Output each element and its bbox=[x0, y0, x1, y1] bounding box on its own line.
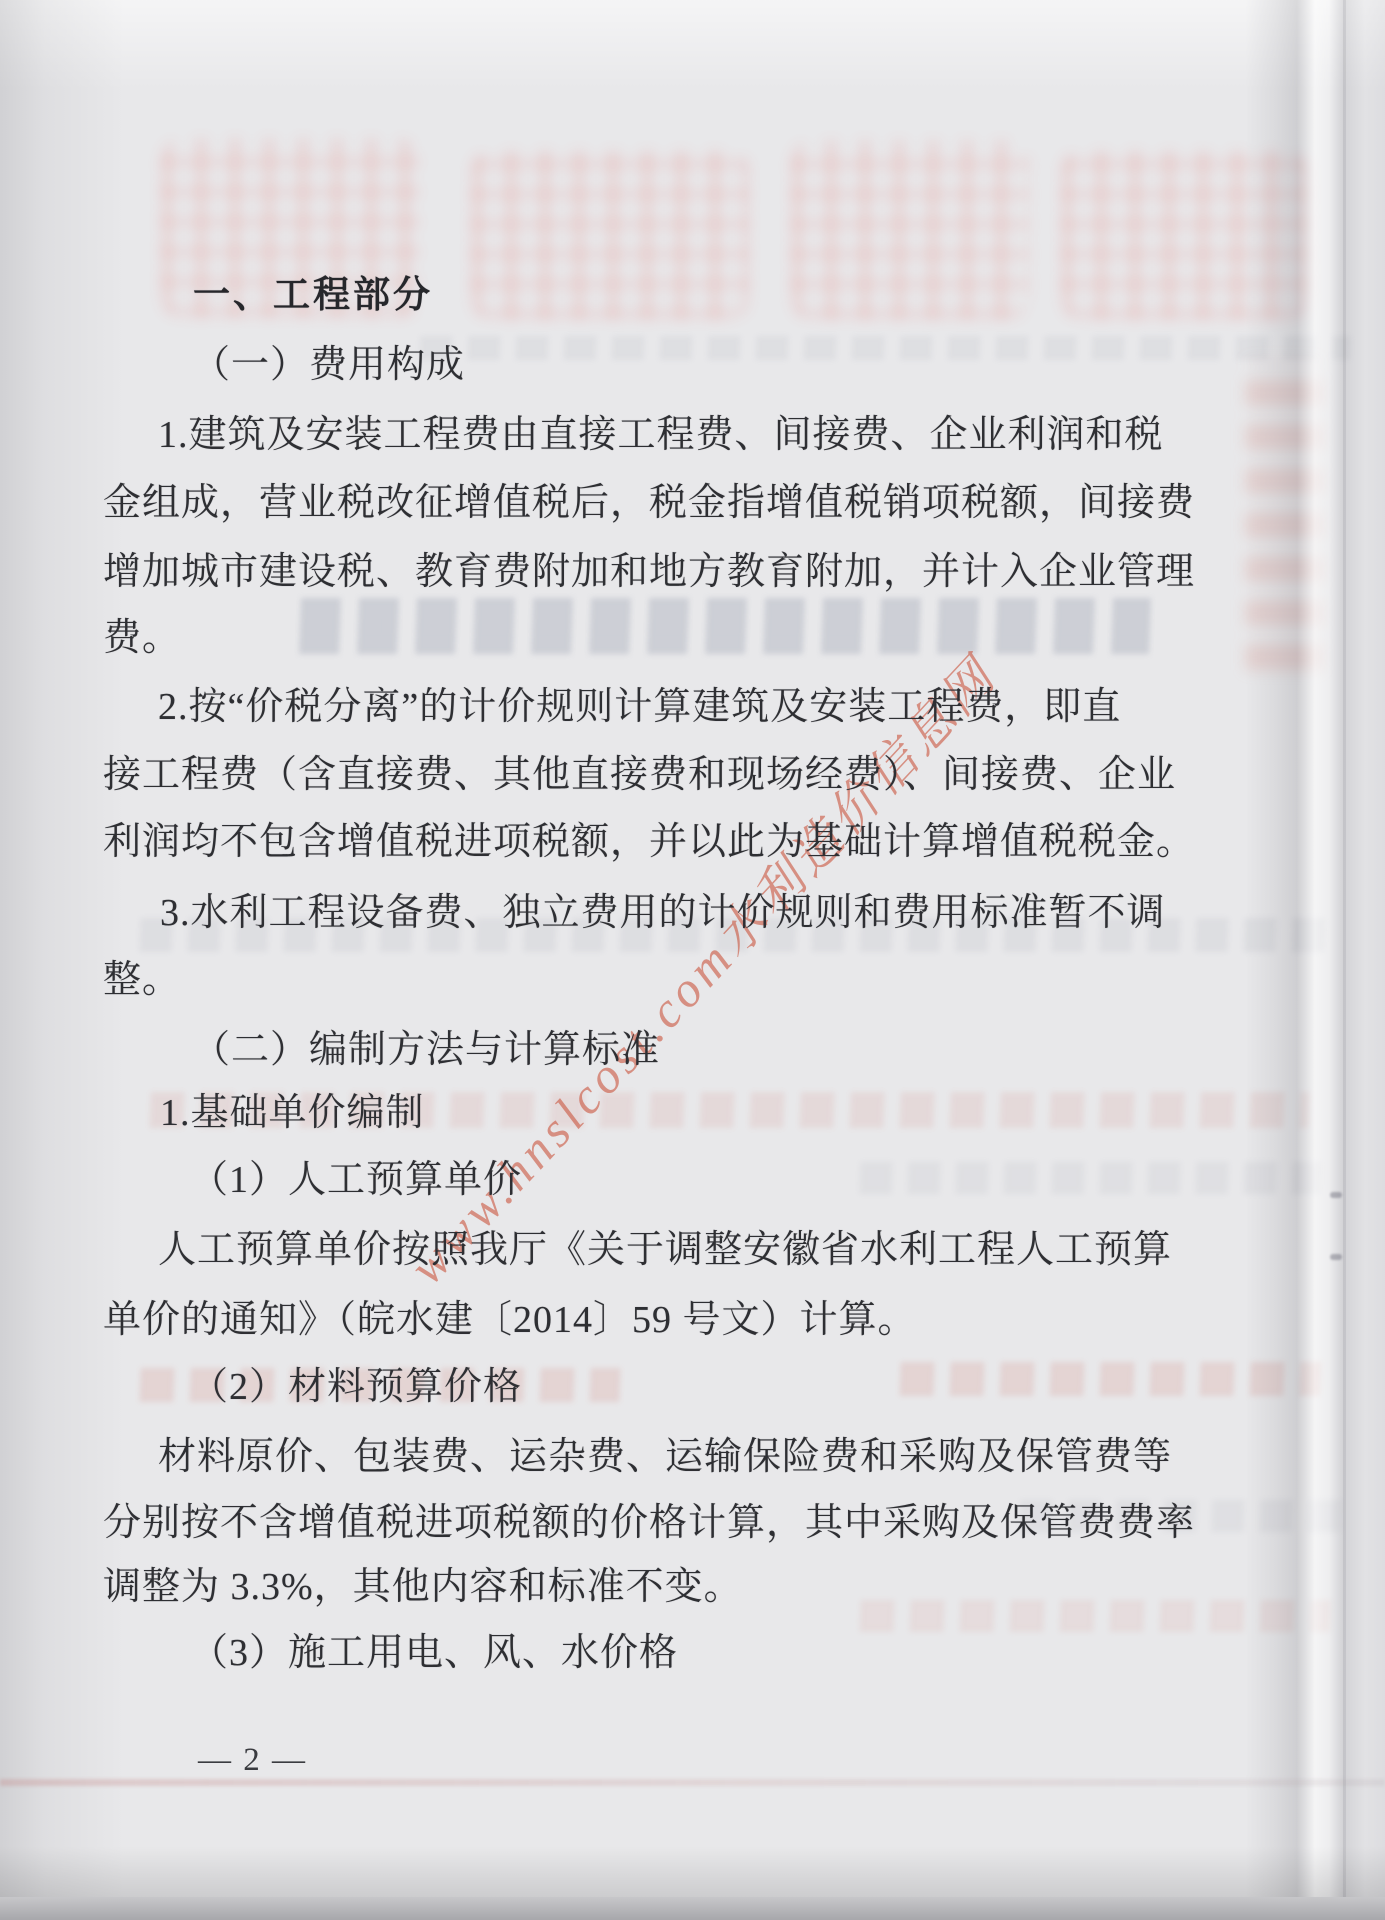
bleed-through-text bbox=[859, 1600, 1330, 1632]
bleed-through-text bbox=[899, 1362, 1320, 1396]
section-heading: 一、工程部分 bbox=[193, 272, 433, 320]
body-line: 调整为 3.3%，其他内容和标准不变。 bbox=[103, 1563, 743, 1611]
bleed-through-text bbox=[859, 1162, 1320, 1194]
page-fold-right bbox=[1245, 0, 1385, 1920]
body-line: 利润均不包含增值税进项税额，并以此为基础计算增值税税金。 bbox=[103, 818, 1195, 866]
page-edge-line bbox=[1343, 0, 1346, 1920]
bleed-through-text bbox=[420, 336, 1351, 360]
scan-bottom-shadow bbox=[0, 1846, 1385, 1898]
bleed-through-letterhead bbox=[470, 150, 750, 320]
bleed-through-text bbox=[299, 598, 1151, 654]
body-line: 人工预算单价按照我厅《关于调整安徽省水利工程人工预算 bbox=[158, 1226, 1172, 1274]
body-line: 接工程费（含直接费、其他直接费和现场经费）、间接费、企业 bbox=[103, 751, 1176, 799]
bleed-through-smudge bbox=[1245, 360, 1320, 670]
page-number: — 2 — bbox=[198, 1742, 307, 1779]
body-line: 1.建筑及安装工程费由直接工程费、间接费、企业利润和税 bbox=[158, 411, 1164, 459]
body-line: （3）施工用电、风、水价格 bbox=[190, 1629, 678, 1677]
body-line: 增加城市建设税、教育费附加和地方教育附加，并计入企业管理 bbox=[103, 548, 1195, 596]
bleed-through-letterhead bbox=[790, 140, 1030, 320]
body-line: 整。 bbox=[103, 956, 181, 1004]
scan-bottom-edge bbox=[0, 1897, 1385, 1920]
paper-nick bbox=[1330, 1254, 1342, 1260]
body-line: 费。 bbox=[103, 614, 181, 662]
scan-top-highlight bbox=[0, 0, 1385, 90]
scan-crease bbox=[0, 1779, 1385, 1786]
body-line: 3.水利工程设备费、独立费用的计价规则和费用标准暂不调 bbox=[160, 889, 1166, 937]
body-line: 1.基础单价编制 bbox=[160, 1089, 425, 1137]
subsection-heading: （二）编制方法与计算标准 bbox=[192, 1026, 660, 1074]
bleed-through-letterhead bbox=[1060, 150, 1310, 320]
body-line: 2.按“价税分离”的计价规则计算建筑及安装工程费，即直 bbox=[158, 683, 1121, 731]
body-line: 单价的通知》（皖水建〔2014〕59 号文）计算。 bbox=[103, 1296, 917, 1344]
body-line: （2）材料预算价格 bbox=[190, 1363, 522, 1411]
paper-nick bbox=[1330, 1192, 1342, 1198]
body-line: （1）人工预算单价 bbox=[190, 1156, 522, 1204]
subsection-heading: （一）费用构成 bbox=[192, 341, 465, 389]
body-line: 分别按不含增值税进项税额的价格计算，其中采购及保管费费率 bbox=[103, 1499, 1195, 1547]
body-line: 金组成，营业税改征增值税后，税金指增值税销项税额，间接费 bbox=[103, 479, 1195, 527]
scanned-document-page: www.hnslcost.com水利造价信息网 一、工程部分 （一）费用构成 1… bbox=[0, 0, 1385, 1920]
body-line: 材料原价、包装费、运杂费、运输保险费和采购及保管费等 bbox=[158, 1433, 1172, 1481]
